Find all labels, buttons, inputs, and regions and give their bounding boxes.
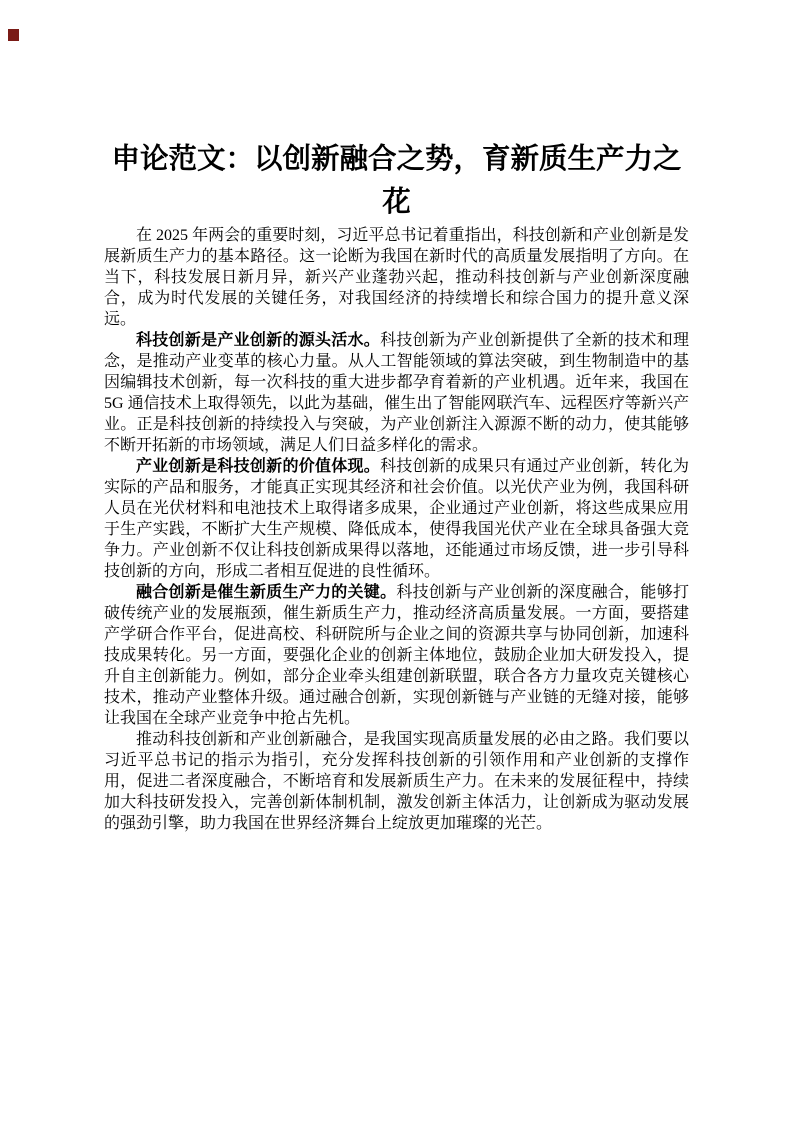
paragraph-text: 科技创新与产业创新的深度融合，能够打破传统产业的发展瓶颈，催生新质生产力，推动经… [104, 584, 689, 727]
paragraph-industry-innovation: 产业创新是科技创新的价值体现。科技创新的成果只有通过产业创新，转化为实际的产品和… [104, 456, 689, 582]
paragraph-text: 科技创新为产业创新提供了全新的技术和理念，是推动产业变革的核心力量。从人工智能领… [104, 332, 689, 454]
document-page: 申论范文：以创新融合之势，育新质生产力之花 在 2025 年两会的重要时刻，习近… [0, 0, 793, 1121]
document-body: 在 2025 年两会的重要时刻，习近平总书记着重指出，科技创新和产业创新是发展新… [104, 225, 689, 834]
corner-mark [8, 29, 19, 41]
paragraph-lead: 融合创新是催生新质生产力的关键。 [136, 584, 396, 601]
document-title: 申论范文：以创新融合之势，育新质生产力之花 [104, 138, 689, 224]
paragraph-conclusion: 推动科技创新和产业创新融合，是我国实现高质量发展的必由之路。我们要以习近平总书记… [104, 729, 689, 834]
paragraph-text: 科技创新的成果只有通过产业创新，转化为实际的产品和服务，才能真正实现其经济和社会… [104, 458, 689, 580]
paragraph-intro: 在 2025 年两会的重要时刻，习近平总书记着重指出，科技创新和产业创新是发展新… [104, 225, 689, 330]
paragraph-text: 在 2025 年两会的重要时刻，习近平总书记着重指出，科技创新和产业创新是发展新… [104, 227, 689, 328]
paragraph-tech-innovation: 科技创新是产业创新的源头活水。科技创新为产业创新提供了全新的技术和理念，是推动产… [104, 330, 689, 456]
paragraph-text: 推动科技创新和产业创新融合，是我国实现高质量发展的必由之路。我们要以习近平总书记… [104, 731, 689, 832]
paragraph-fusion-innovation: 融合创新是催生新质生产力的关键。科技创新与产业创新的深度融合，能够打破传统产业的… [104, 582, 689, 729]
document-content: 申论范文：以创新融合之势，育新质生产力之花 在 2025 年两会的重要时刻，习近… [104, 138, 689, 834]
paragraph-lead: 产业创新是科技创新的价值体现。 [136, 458, 380, 475]
paragraph-lead: 科技创新是产业创新的源头活水。 [136, 332, 380, 349]
